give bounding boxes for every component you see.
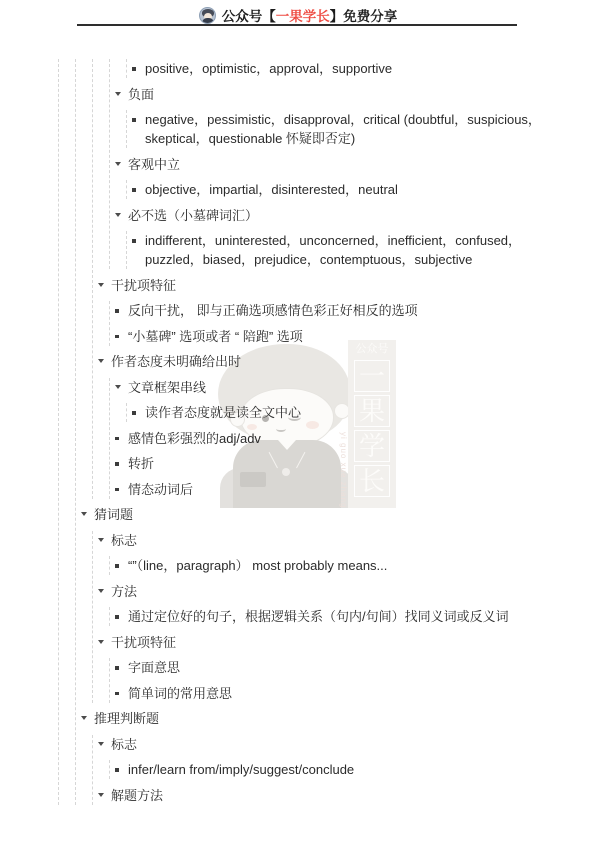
header-text-prefix: 公众号【 bbox=[222, 5, 276, 25]
outline-item-text: 转折 bbox=[128, 456, 154, 471]
outline-item-text: 方法 bbox=[111, 584, 137, 599]
outline-item-text: 必不选（小墓碑词汇） bbox=[128, 208, 258, 223]
outline-sublist: 读作者态度就是读全文中心 bbox=[126, 403, 550, 422]
bullet-icon bbox=[115, 768, 119, 772]
outline-row[interactable]: 方法 bbox=[93, 582, 550, 601]
outline-row[interactable]: indifferent，uninterested，unconcerned，ine… bbox=[127, 231, 550, 269]
outline-row[interactable]: 读作者态度就是读全文中心 bbox=[127, 403, 550, 422]
bullet-icon bbox=[115, 564, 119, 568]
outline-row[interactable]: 客观中立 bbox=[110, 155, 550, 174]
outline-row[interactable]: 简单词的常用意思 bbox=[110, 684, 550, 703]
outline-item: 干扰项特征反向干扰， 即与正确选项感情色彩正好相反的选项“小墓碑” 选项或者 “… bbox=[93, 276, 550, 346]
outline-item-text: objective，impartial，disinterested，neutra… bbox=[145, 182, 398, 197]
outline-item-text: 标志 bbox=[111, 737, 137, 752]
outline-row[interactable]: 干扰项特征 bbox=[93, 633, 550, 652]
outline-item: indifferent，uninterested，unconcerned，ine… bbox=[127, 231, 550, 269]
outline-sublist: indifferent，uninterested，unconcerned，ine… bbox=[126, 231, 550, 269]
collapse-triangle-icon[interactable] bbox=[115, 162, 121, 166]
outline-item: 猜词题标志“”（line，paragraph） most probably me… bbox=[76, 505, 550, 703]
document-page: 公众号【一果学长】免费分享 公众号 一果学长 yi guo xue zhang … bbox=[0, 0, 596, 842]
outline-row[interactable]: 猜词题 bbox=[76, 505, 550, 524]
bullet-icon bbox=[132, 67, 136, 71]
outline-row[interactable]: 解题方法 bbox=[93, 786, 550, 805]
outline-item: “”（line，paragraph） most probably means..… bbox=[110, 556, 550, 575]
outline-item: 转折 bbox=[110, 454, 550, 473]
outline-item-text: 文章框架串线 bbox=[128, 380, 206, 395]
outline-item: 字面意思 bbox=[110, 658, 550, 677]
bullet-icon bbox=[115, 437, 119, 441]
outline-item: 作者态度未明确给出时文章框架串线读作者态度就是读全文中心感情色彩强烈的adj/a… bbox=[93, 352, 550, 499]
outline-item-text: 负面 bbox=[128, 87, 154, 102]
outline-hidden-ancestor: positive，optimistic，approval，supportive负… bbox=[59, 59, 550, 805]
outline-sublist: infer/learn from/imply/suggest/conclude bbox=[109, 760, 550, 779]
outline-row[interactable]: 负面 bbox=[110, 85, 550, 104]
outline-sublist: 字面意思简单词的常用意思 bbox=[109, 658, 550, 703]
outline-item: 简单词的常用意思 bbox=[110, 684, 550, 703]
outline-item-text: 干扰项特征 bbox=[111, 635, 176, 650]
outline-row[interactable]: “”（line，paragraph） most probably means..… bbox=[110, 556, 550, 575]
outline-item-text: 感情色彩强烈的adj/adv bbox=[128, 431, 261, 446]
outline-item-text: 读作者态度就是读全文中心 bbox=[145, 405, 301, 420]
bullet-icon bbox=[115, 488, 119, 492]
outline-sublist: positive，optimistic，approval，supportive负… bbox=[75, 59, 550, 805]
collapse-triangle-icon[interactable] bbox=[115, 92, 121, 96]
collapse-triangle-icon[interactable] bbox=[81, 716, 87, 720]
outline-row[interactable]: “小墓碑” 选项或者 “ 陪跑” 选项 bbox=[110, 327, 550, 346]
outline-item: 必不选（小墓碑词汇）indifferent，uninterested，uncon… bbox=[110, 206, 550, 270]
header: 公众号【一果学长】免费分享 bbox=[0, 4, 596, 26]
outline-item: “小墓碑” 选项或者 “ 陪跑” 选项 bbox=[110, 327, 550, 346]
outline-row[interactable]: 标志 bbox=[93, 735, 550, 754]
header-divider bbox=[77, 24, 517, 26]
outline-row[interactable]: infer/learn from/imply/suggest/conclude bbox=[110, 760, 550, 779]
outline-hidden-ancestor: positive，optimistic，approval，supportive负… bbox=[76, 59, 550, 499]
outline-item: infer/learn from/imply/suggest/conclude bbox=[110, 760, 550, 779]
collapse-triangle-icon[interactable] bbox=[98, 359, 104, 363]
header-text-suffix: 】免费分享 bbox=[330, 5, 398, 25]
outline-item: 情态动词后 bbox=[110, 480, 550, 499]
collapse-triangle-icon[interactable] bbox=[98, 640, 104, 644]
bullet-icon bbox=[115, 309, 119, 313]
outline-sublist: 通过定位好的句子，根据逻辑关系（句内/句间）找同义词或反义词 bbox=[109, 607, 550, 626]
outline-item-text: 通过定位好的句子，根据逻辑关系（句内/句间）找同义词或反义词 bbox=[128, 609, 509, 624]
bullet-icon bbox=[132, 239, 136, 243]
outline-item: 解题方法 bbox=[93, 786, 550, 805]
outline-item: 方法通过定位好的句子，根据逻辑关系（句内/句间）找同义词或反义词 bbox=[93, 582, 550, 627]
outline-row[interactable]: positive，optimistic，approval，supportive bbox=[127, 59, 550, 78]
collapse-triangle-icon[interactable] bbox=[98, 538, 104, 542]
outline-row[interactable]: objective，impartial，disinterested，neutra… bbox=[127, 180, 550, 199]
header-brand-name: 一果学长 bbox=[276, 5, 330, 25]
outline-item-text: positive，optimistic，approval，supportive bbox=[145, 61, 392, 76]
bullet-icon bbox=[132, 188, 136, 192]
bullet-icon bbox=[115, 335, 119, 339]
outline-item: 负面negative，pessimistic，disapproval，criti… bbox=[110, 85, 550, 149]
outline-item: 感情色彩强烈的adj/adv bbox=[110, 429, 550, 448]
collapse-triangle-icon[interactable] bbox=[98, 283, 104, 287]
outline-item: 干扰项特征字面意思简单词的常用意思 bbox=[93, 633, 550, 703]
outline-item-text: 解题方法 bbox=[111, 788, 163, 803]
outline-item-text: 客观中立 bbox=[128, 157, 180, 172]
outline-item: negative，pessimistic，disapproval，critica… bbox=[127, 110, 550, 148]
outline-item-text: 作者态度未明确给出时 bbox=[111, 354, 241, 369]
collapse-triangle-icon[interactable] bbox=[98, 589, 104, 593]
bullet-icon bbox=[115, 462, 119, 466]
collapse-triangle-icon[interactable] bbox=[98, 793, 104, 797]
outline-row[interactable]: 字面意思 bbox=[110, 658, 550, 677]
outline-item: objective，impartial，disinterested，neutra… bbox=[127, 180, 550, 199]
outline-item-text: 情态动词后 bbox=[128, 482, 193, 497]
bullet-icon bbox=[115, 666, 119, 670]
outline-item-text: infer/learn from/imply/suggest/conclude bbox=[128, 762, 354, 777]
outline-item-text: 标志 bbox=[111, 533, 137, 548]
outline-item-text: 反向干扰， 即与正确选项感情色彩正好相反的选项 bbox=[128, 303, 418, 318]
outline-item: 标志“”（line，paragraph） most probably means… bbox=[93, 531, 550, 576]
outline-item-text: 干扰项特征 bbox=[111, 278, 176, 293]
outline-item-text: indifferent，uninterested，unconcerned，ine… bbox=[145, 233, 521, 267]
outline-item: 客观中立objective，impartial，disinterested，ne… bbox=[110, 155, 550, 200]
bullet-icon bbox=[132, 118, 136, 122]
outline-item: 反向干扰， 即与正确选项感情色彩正好相反的选项 bbox=[110, 301, 550, 320]
outline-row[interactable]: 反向干扰， 即与正确选项感情色彩正好相反的选项 bbox=[110, 301, 550, 320]
outline-row[interactable]: negative，pessimistic，disapproval，critica… bbox=[127, 110, 550, 148]
outline-item-text: “”（line，paragraph） most probably means..… bbox=[128, 558, 387, 573]
outline-item-text: 推理判断题 bbox=[94, 711, 159, 726]
outline-row[interactable]: 必不选（小墓碑词汇） bbox=[110, 206, 550, 225]
outline-item: 推理判断题标志infer/learn from/imply/suggest/co… bbox=[76, 709, 550, 805]
outline-sublist: 文章框架串线读作者态度就是读全文中心感情色彩强烈的adj/adv转折情态动词后 bbox=[109, 378, 550, 499]
outline-row[interactable]: 推理判断题 bbox=[76, 709, 550, 728]
outline-item: 读作者态度就是读全文中心 bbox=[127, 403, 550, 422]
outline-row[interactable]: 文章框架串线 bbox=[110, 378, 550, 397]
outline-row[interactable]: 干扰项特征 bbox=[93, 276, 550, 295]
collapse-triangle-icon[interactable] bbox=[115, 213, 121, 217]
bullet-icon bbox=[115, 615, 119, 619]
outline-row[interactable]: 作者态度未明确给出时 bbox=[93, 352, 550, 371]
outline-item: 标志infer/learn from/imply/suggest/conclud… bbox=[93, 735, 550, 780]
outline-item-text: 简单词的常用意思 bbox=[128, 686, 232, 701]
outline-item: 文章框架串线读作者态度就是读全文中心 bbox=[110, 378, 550, 423]
collapse-triangle-icon[interactable] bbox=[81, 512, 87, 516]
outline-item: 通过定位好的句子，根据逻辑关系（句内/句间）找同义词或反义词 bbox=[110, 607, 550, 626]
bullet-icon bbox=[132, 411, 136, 415]
outline-sublist: 标志“”（line，paragraph） most probably means… bbox=[92, 531, 550, 703]
outline-item-text: 字面意思 bbox=[128, 660, 180, 675]
outline-row[interactable]: 情态动词后 bbox=[110, 480, 550, 499]
outline-sublist: negative，pessimistic，disapproval，critica… bbox=[126, 110, 550, 148]
avatar-body bbox=[202, 18, 214, 24]
outline-sublist: objective，impartial，disinterested，neutra… bbox=[126, 180, 550, 199]
outline-content: positive，optimistic，approval，supportive负… bbox=[58, 46, 550, 811]
outline-item-text: “小墓碑” 选项或者 “ 陪跑” 选项 bbox=[128, 329, 303, 344]
outline-sublist: “”（line，paragraph） most probably means..… bbox=[109, 556, 550, 575]
outline-hidden-ancestor: positive，optimistic，approval，supportive负… bbox=[93, 59, 550, 269]
outline-row[interactable]: 标志 bbox=[93, 531, 550, 550]
outline-item-text: 猜词题 bbox=[94, 507, 133, 522]
bullet-icon bbox=[115, 692, 119, 696]
outline-sublist: 标志infer/learn from/imply/suggest/conclud… bbox=[92, 735, 550, 805]
outline-root: positive，optimistic，approval，supportive负… bbox=[58, 59, 550, 805]
collapse-triangle-icon[interactable] bbox=[115, 385, 121, 389]
outline-sublist: positive，optimistic，approval，supportive负… bbox=[109, 59, 550, 269]
outline-item-text: negative，pessimistic，disapproval，critica… bbox=[145, 112, 541, 146]
outline-sublist: positive，optimistic，approval，supportive负… bbox=[92, 59, 550, 499]
collapse-triangle-icon[interactable] bbox=[98, 742, 104, 746]
outline-row[interactable]: 通过定位好的句子，根据逻辑关系（句内/句间）找同义词或反义词 bbox=[110, 607, 550, 626]
outline-hidden-ancestor: positive，optimistic，approval，supportive bbox=[110, 59, 550, 78]
outline-row[interactable]: 转折 bbox=[110, 454, 550, 473]
outline-item: positive，optimistic，approval，supportive bbox=[127, 59, 550, 78]
outline-sublist: 反向干扰， 即与正确选项感情色彩正好相反的选项“小墓碑” 选项或者 “ 陪跑” … bbox=[109, 301, 550, 346]
brand-avatar-icon bbox=[199, 7, 216, 24]
outline-sublist: positive，optimistic，approval，supportive bbox=[126, 59, 550, 78]
outline-row[interactable]: 感情色彩强烈的adj/adv bbox=[110, 429, 550, 448]
